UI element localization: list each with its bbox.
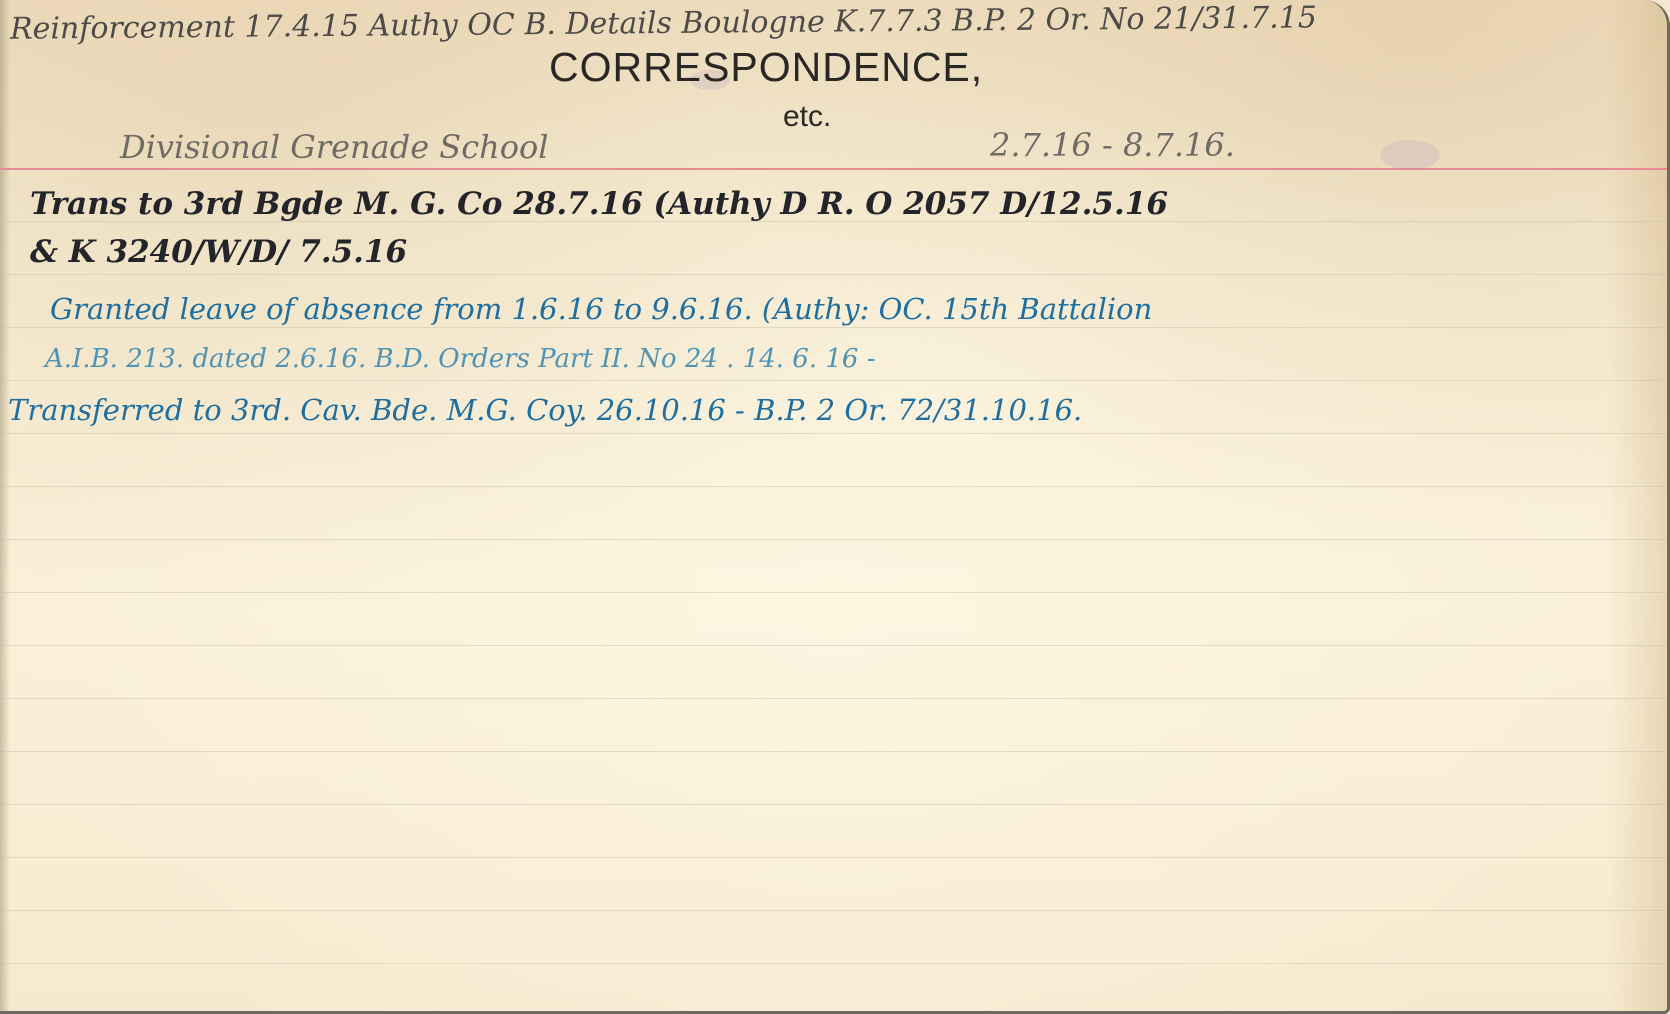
ruled-line bbox=[0, 645, 1667, 646]
printed-heading: CORRESPONDENCE, bbox=[549, 44, 1109, 91]
service-record-card: CORRESPONDENCE, etc. Reinforcement 17.4.… bbox=[0, 0, 1670, 1014]
ruled-line bbox=[0, 327, 1667, 328]
ruled-line bbox=[0, 910, 1667, 911]
printed-subheading: etc. bbox=[783, 100, 831, 134]
ruled-line bbox=[0, 592, 1667, 593]
ruled-line bbox=[0, 380, 1667, 381]
card-right-edge bbox=[1607, 0, 1667, 1011]
ruled-line bbox=[0, 857, 1667, 858]
entry-leave-line-1: Granted leave of absence from 1.6.16 to … bbox=[50, 292, 1152, 326]
entry-trans-3rd-bgde: Trans to 3rd Bgde M. G. Co 28.7.16 (Auth… bbox=[30, 186, 1168, 222]
entry-transferred: Transferred to 3rd. Cav. Bde. M.G. Coy. … bbox=[8, 393, 1082, 427]
ruled-line bbox=[0, 274, 1667, 275]
ruled-line bbox=[0, 486, 1667, 487]
ruled-line bbox=[0, 539, 1667, 540]
ruled-line bbox=[0, 963, 1667, 964]
entry-grenade-school-dates: 2.7.16 - 8.7.16. bbox=[990, 126, 1235, 164]
ruled-line bbox=[0, 433, 1667, 434]
ink-smudge bbox=[1380, 140, 1440, 170]
ruled-line bbox=[0, 804, 1667, 805]
card-left-edge bbox=[0, 0, 10, 1011]
entry-leave-line-2: A.I.B. 213. dated 2.6.16. B.D. Orders Pa… bbox=[45, 344, 876, 374]
ruled-line bbox=[0, 698, 1667, 699]
entry-reinforcement: Reinforcement 17.4.15 Authy OC B. Detail… bbox=[10, 0, 1317, 46]
entry-grenade-school: Divisional Grenade School bbox=[120, 128, 549, 166]
ruled-line bbox=[0, 751, 1667, 752]
entry-k-reference: & K 3240/W/D/ 7.5.16 bbox=[30, 234, 407, 270]
